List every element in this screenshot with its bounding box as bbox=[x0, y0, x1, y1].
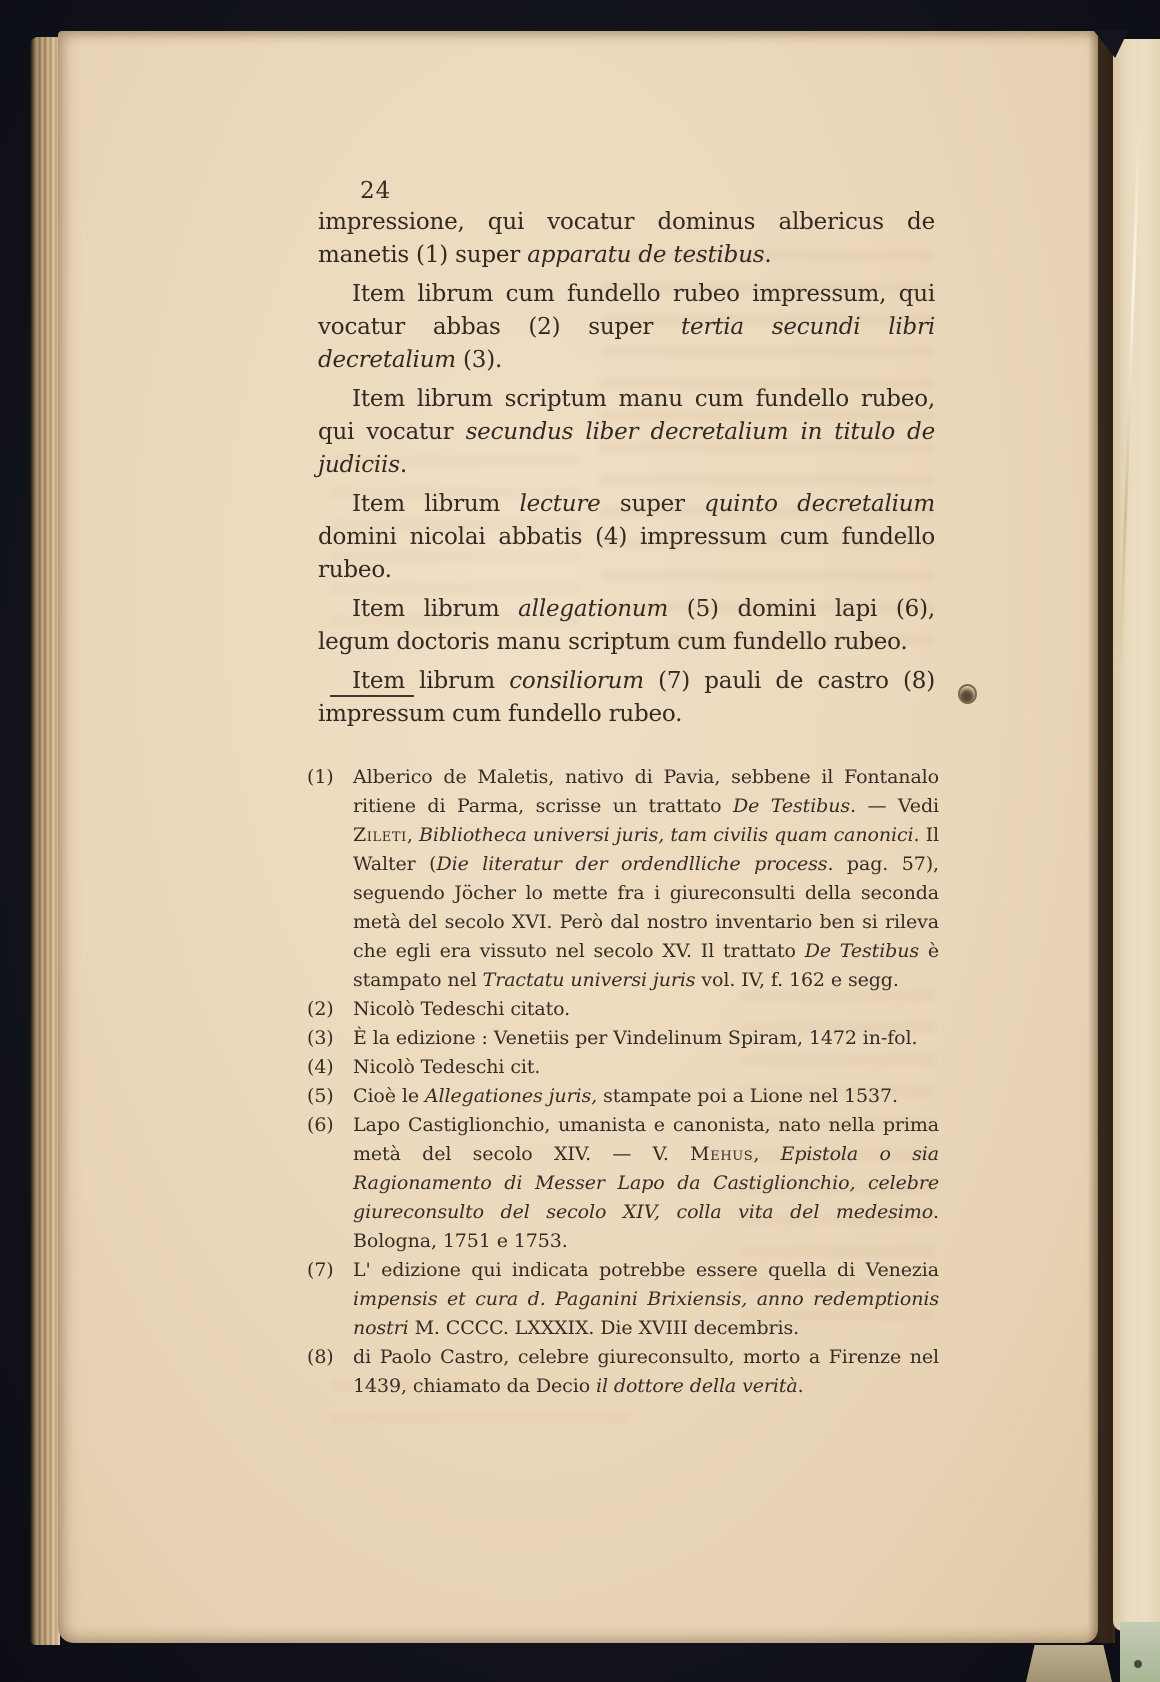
footnote-text: Alberico de Maletis, nativo di Pavia, se… bbox=[353, 766, 939, 991]
footnote-number: (4) bbox=[307, 1053, 353, 1082]
body-text: impressione, qui vocatur dominus alberic… bbox=[318, 206, 935, 737]
text-segment: De Testibus bbox=[805, 940, 919, 962]
text-segment: apparatu de testibus bbox=[527, 242, 764, 268]
bottom-object-green bbox=[1120, 1622, 1160, 1682]
footnote-number: (2) bbox=[307, 995, 353, 1024]
text-segment: Allegationes juris, bbox=[425, 1085, 597, 1107]
text-segment: De Testibus bbox=[733, 795, 850, 817]
text-segment: il dottore della verità bbox=[596, 1375, 798, 1397]
text-segment: vol. IV, f. 162 e segg. bbox=[695, 969, 898, 991]
text-segment: , bbox=[407, 824, 419, 846]
footnote-number: (5) bbox=[307, 1082, 353, 1111]
body-paragraph: Item librum lecture super quinto decreta… bbox=[318, 488, 935, 587]
text-segment: Tractatu universi juris bbox=[483, 969, 696, 991]
text-segment: Nicolò Tedeschi citato. bbox=[353, 998, 570, 1020]
ink-spot-mark bbox=[958, 684, 977, 704]
text-segment: . bbox=[764, 242, 771, 268]
footnote-number: (1) bbox=[307, 763, 353, 792]
footnote-number: (3) bbox=[307, 1024, 353, 1053]
text-segment: allegationum bbox=[518, 596, 668, 622]
footnote: (2)Nicolò Tedeschi citato. bbox=[307, 995, 939, 1024]
body-paragraph: impressione, qui vocatur dominus alberic… bbox=[318, 206, 935, 272]
footnote: (4)Nicolò Tedeschi cit. bbox=[307, 1053, 939, 1082]
ink-dot bbox=[1134, 1660, 1142, 1668]
footnote-text: di Paolo Castro, celebre giureconsulto, … bbox=[353, 1346, 939, 1397]
text-segment: Item librum bbox=[352, 596, 518, 622]
text-segment: Zileti bbox=[353, 824, 407, 846]
text-segment: super bbox=[601, 491, 705, 517]
text-segment: Cioè le bbox=[353, 1085, 425, 1107]
text-segment: . bbox=[798, 1375, 804, 1397]
footnote-text: L' edizione qui indicata potrebbe essere… bbox=[353, 1259, 939, 1339]
footnotes-section: (1)Alberico de Maletis, nativo di Pavia,… bbox=[307, 763, 939, 1401]
text-segment: M. CCCC. LXXXIX. Die XVIII decembris. bbox=[409, 1317, 799, 1339]
text-segment: stampate poi a Lione nel 1537. bbox=[597, 1085, 898, 1107]
text-segment: , bbox=[753, 1143, 780, 1165]
text-segment: Item librum bbox=[352, 491, 519, 517]
page-edge-stack bbox=[30, 37, 60, 1645]
footnote-text: Cioè le Allegationes juris, stampate poi… bbox=[353, 1085, 898, 1107]
text-segment: . bbox=[400, 452, 407, 478]
text-segment: Mehus bbox=[690, 1143, 753, 1165]
text-segment: Nicolò Tedeschi cit. bbox=[353, 1056, 540, 1078]
gutter-shadow bbox=[1088, 31, 1115, 1643]
footnote-text: È la edizione : Venetiis per Vindelinum … bbox=[353, 1027, 917, 1049]
body-paragraph: Item librum cum fundello rubeo impressum… bbox=[318, 278, 935, 377]
text-segment: (3). bbox=[456, 347, 502, 373]
text-segment: lecture bbox=[519, 491, 600, 517]
footnote-number: (7) bbox=[307, 1256, 353, 1285]
footnote-number: (8) bbox=[307, 1343, 353, 1372]
text-segment: Die literatur der ordendlliche process bbox=[437, 853, 828, 875]
text-segment: quinto decretalium bbox=[704, 491, 935, 517]
footnote: (3)È la edizione : Venetiis per Vindelin… bbox=[307, 1024, 939, 1053]
text-segment: consiliorum bbox=[509, 668, 644, 694]
footnote: (5)Cioè le Allegationes juris, stampate … bbox=[307, 1082, 939, 1111]
footnote-number: (6) bbox=[307, 1111, 353, 1140]
text-segment: domini nicolai abbatis (4) impressum cum… bbox=[318, 524, 935, 583]
text-segment: È la edizione : Venetiis per Vindelinum … bbox=[353, 1027, 917, 1049]
text-segment: . — Vedi bbox=[850, 795, 939, 817]
footnote: (1)Alberico de Maletis, nativo di Pavia,… bbox=[307, 763, 939, 995]
text-segment: Bibliotheca universi juris, tam civilis … bbox=[419, 824, 914, 846]
facing-page-sliver bbox=[1113, 39, 1160, 1631]
footnote: (7)L' edizione qui indicata potrebbe ess… bbox=[307, 1256, 939, 1343]
body-paragraph: Item librum allegationum (5) domini lapi… bbox=[318, 593, 935, 659]
bottom-object-tan bbox=[1026, 1645, 1112, 1682]
body-paragraph: Item librum scriptum manu cum fundello r… bbox=[318, 383, 935, 482]
page-number: 24 bbox=[360, 178, 391, 204]
footnote-text: Nicolò Tedeschi citato. bbox=[353, 998, 570, 1020]
text-segment: L' edizione qui indicata potrebbe essere… bbox=[353, 1259, 939, 1281]
footnote: (6)Lapo Castiglionchio, umanista e canon… bbox=[307, 1111, 939, 1256]
footnote-text: Lapo Castiglionchio, umanista e canonist… bbox=[353, 1114, 939, 1252]
footnote: (8)di Paolo Castro, celebre giureconsult… bbox=[307, 1343, 939, 1401]
text-segment: Item librum bbox=[352, 668, 509, 694]
footnote-text: Nicolò Tedeschi cit. bbox=[353, 1056, 540, 1078]
footnote-separator-rule bbox=[330, 695, 414, 697]
body-paragraph: Item librum consiliorum (7) pauli de cas… bbox=[318, 665, 935, 731]
